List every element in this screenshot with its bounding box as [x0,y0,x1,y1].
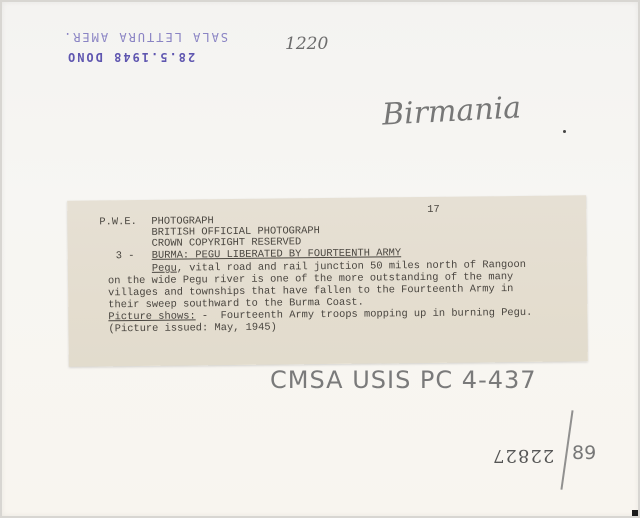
library-stamp-line-1: SALA LETTURA AMER. [62,30,228,44]
caption-body-first-word: Pegu [152,263,177,275]
typed-caption-slip: 17 P.W.E. PHOTOGRAPH BRITISH OFFICIAL PH… [67,195,588,366]
ink-dot [563,130,566,133]
scan-corner [632,510,638,516]
caption-agency: P.W.E. [99,216,137,229]
caption-picture-label: Picture shows: [108,310,195,323]
handwritten-fraction: 89 [572,442,596,464]
inventory-number-stamp: 22827 [492,445,554,466]
caption-issued-date: (Picture issued: May, 1945) [108,322,276,336]
photo-verso-sheet: SALA LETTURA AMER. 28.5.1948 DONO 1220 B… [2,2,638,516]
caption-item-index: 3 - [116,250,135,263]
caption-page-number: 17 [427,204,440,217]
library-stamp-date: 28.5.1948 DONO [66,50,195,64]
handwritten-catalog-number: CMSA USIS PC 4-437 [270,366,537,394]
caption-picture-text: - Fourteenth Army troops mopping up in b… [196,307,533,323]
handwritten-country: Birmania [381,90,522,132]
handwritten-number: 1220 [285,34,328,54]
